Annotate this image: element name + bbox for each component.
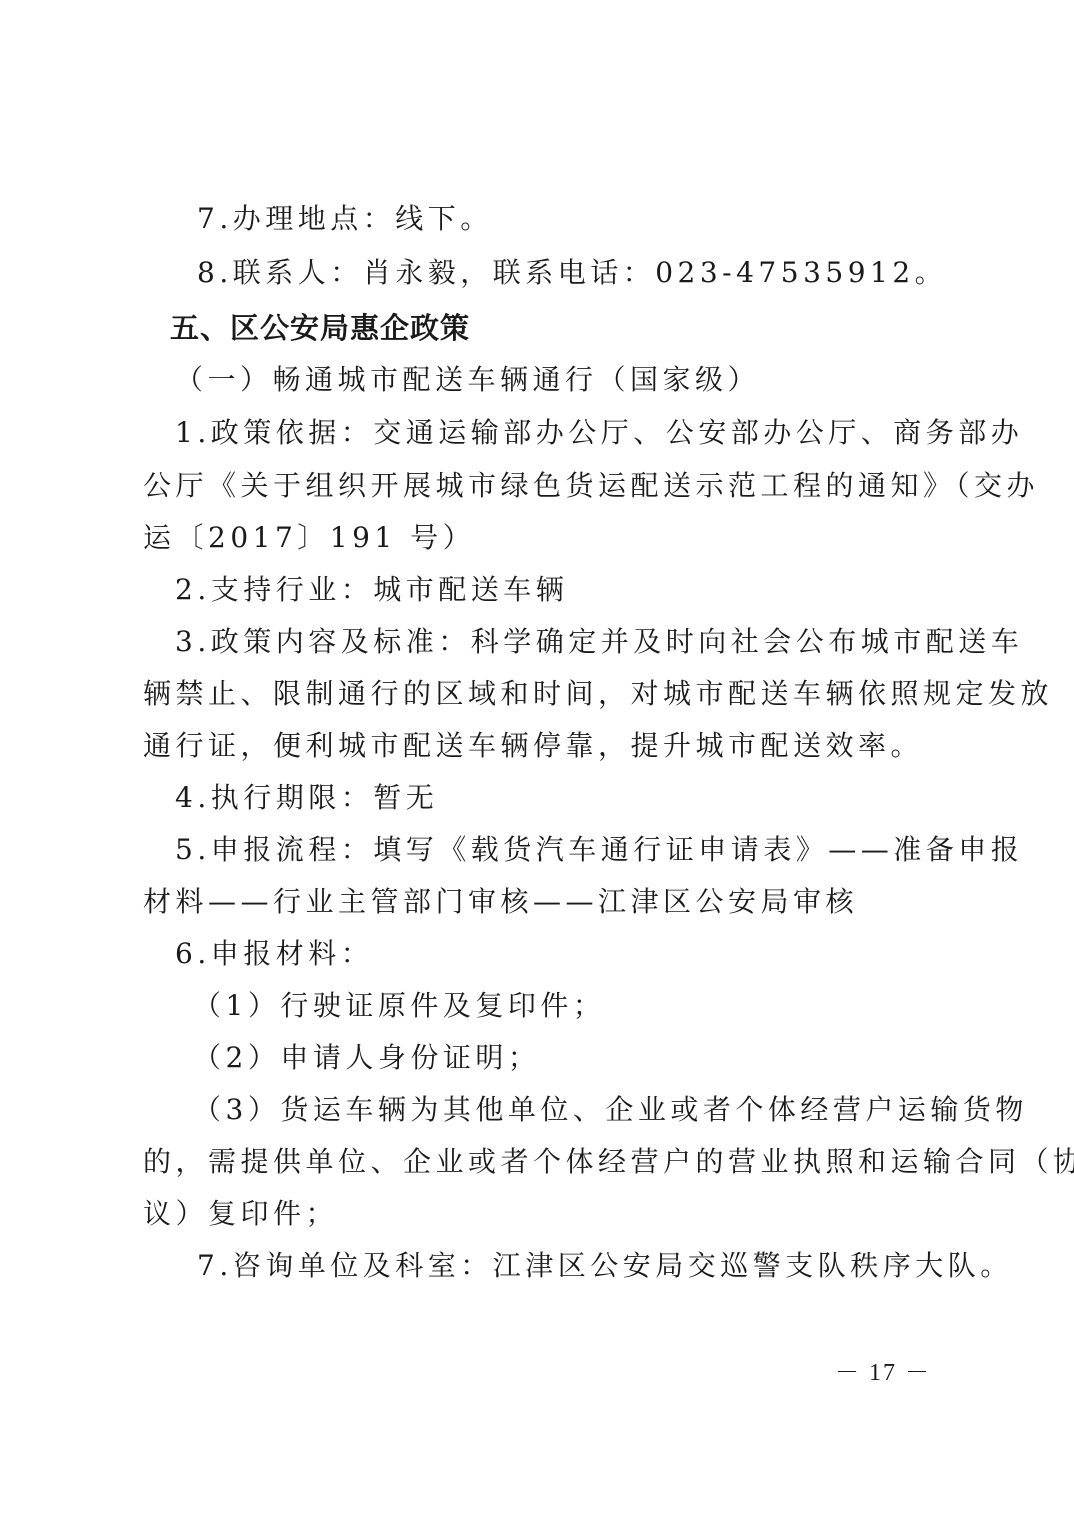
text-line: 通行证，便利城市配送车辆停靠，提升城市配送效率。 [143,726,923,766]
text-line: 7.咨询单位及科室：江津区公安局交巡警支队秩序大队。 [197,1246,1013,1286]
text-line: 运〔2017〕191 号） [143,518,475,558]
text-line: 公厅《关于组织开展城市绿色货运配送示范工程的通知》（交办 [143,466,1039,506]
text-line: 5.申报流程：填写《载货汽车通行证申请表》——准备申报 [175,830,1023,870]
page-number: － 17 － [835,1352,931,1387]
text-line: 议）复印件； [143,1194,338,1234]
text-line: 1.政策依据：交通运输部办公厅、公安部办公厅、商务部办 [175,413,1023,453]
text-line: （3）货运车辆为其他单位、企业或者个体经营户运输货物 [193,1090,1028,1130]
text-line: 的，需提供单位、企业或者个体经营户的营业执照和运输合同（协 [143,1142,1074,1182]
text-line: 辆禁止、限制通行的区域和时间，对城市配送车辆依照规定发放 [143,674,1053,714]
text-line: （一）畅通城市配送车辆通行（国家级） [175,360,760,400]
text-line: （1）行驶证原件及复印件； [193,986,605,1026]
text-line: 4.执行期限：暂无 [175,778,438,818]
text-line: （2）申请人身份证明； [193,1038,540,1078]
text-line: 3.政策内容及标准：科学确定并及时向社会公布城市配送车 [175,622,1023,662]
text-line: 6.申报材料： [175,934,373,974]
section-heading: 五、区公安局惠企政策 [170,308,470,348]
text-line: 8.联系人：肖永毅，联系电话：023-47535912。 [197,253,947,293]
text-line: 7.办理地点：线下。 [197,199,493,239]
document-page: 7.办理地点：线下。8.联系人：肖永毅，联系电话：023-47535912。五、… [0,0,1074,1520]
text-line: 材料——行业主管部门审核——江津区公安局审核 [143,882,858,922]
text-line: 2.支持行业：城市配送车辆 [175,570,568,610]
